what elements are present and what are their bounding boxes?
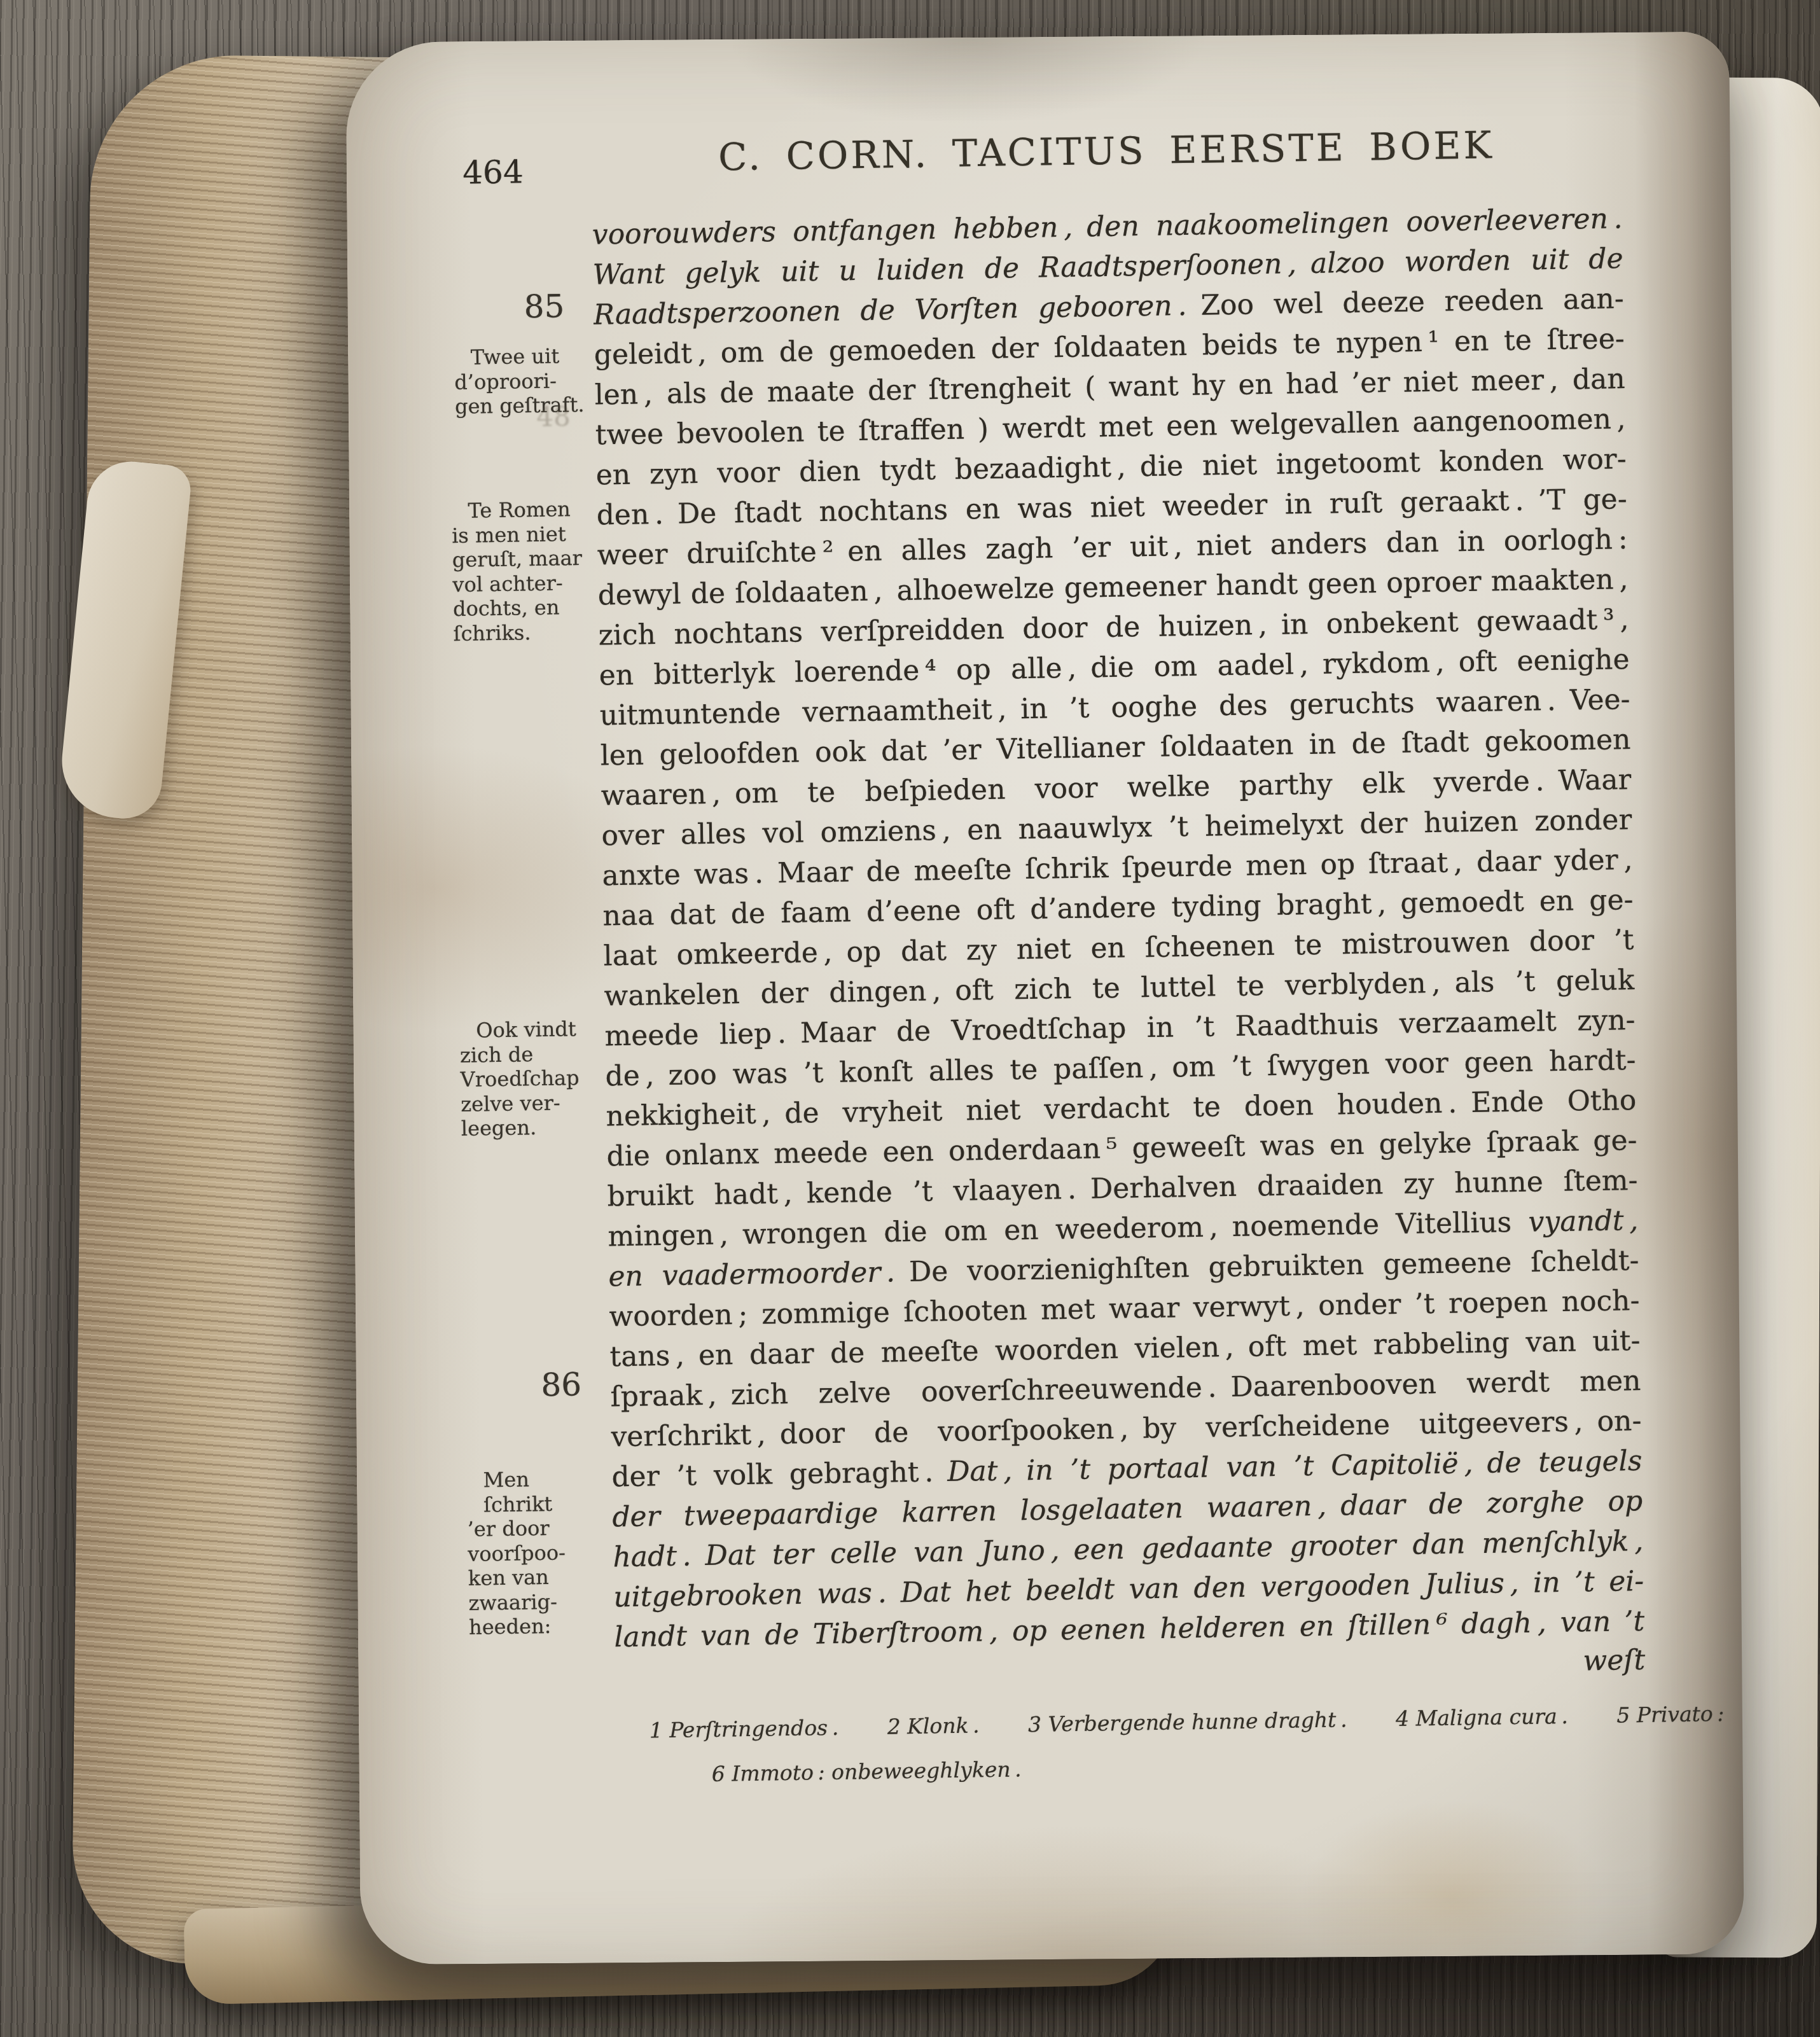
ink-bleed-ghost-number: 48: [536, 401, 571, 433]
footnote-item: 5 Privato :: [1616, 1701, 1725, 1728]
footnote-item: 2 Klonk .: [887, 1713, 979, 1739]
footnotes-row-1: 1 Perſtringendos .2 Klonk .3 Verbergende…: [649, 1701, 1724, 1743]
photo-of-open-book: 464 C. CORN. TACITUS EERSTE BOEK voorouw…: [0, 0, 1820, 2037]
footnote-item: 4 Maligna cura .: [1396, 1704, 1568, 1731]
section-number-86: 86: [520, 1367, 603, 1403]
margin-note-vroedschap: Ook vindtzich deVroedſchapzelve ver-leeg…: [459, 1017, 599, 1141]
margin-note-voorspooken: Men ſchrikt’er doorvoorſpoo-ken vanzwaar…: [466, 1466, 606, 1640]
book-page: 464 C. CORN. TACITUS EERSTE BOEK voorouw…: [345, 32, 1744, 1965]
printed-text-block: 464 C. CORN. TACITUS EERSTE BOEK voorouw…: [436, 117, 1676, 1892]
margin-note-te-romen: Te Romenis men nietgeruſt, maarvol achte…: [451, 497, 588, 646]
footnotes-row-2: 6 Immoto : onbeweeghlyken .: [712, 1756, 1022, 1786]
body-text: voorouwders ontfangen hebben , den naako…: [592, 198, 1644, 1657]
footnote-item: 1 Perſtringendos .: [649, 1715, 838, 1743]
running-title: C. CORN. TACITUS EERSTE BOEK: [590, 121, 1622, 181]
footnote-item: 3 Verbergende hunne draght .: [1028, 1707, 1347, 1737]
section-number-85: 85: [503, 289, 586, 324]
page-number: 464: [462, 153, 524, 191]
